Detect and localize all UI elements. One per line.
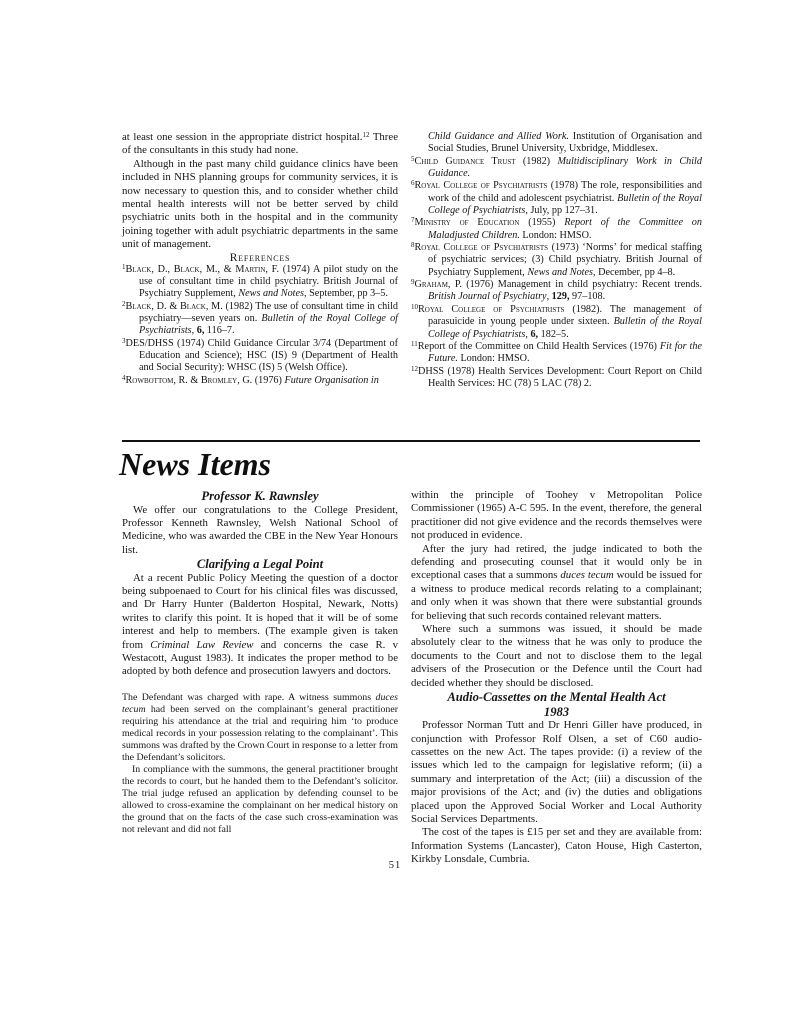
reference-entry: 6Royal College of Psychiatrists (1978) T…: [411, 180, 702, 217]
paragraph: We offer our congratulations to the Coll…: [122, 504, 398, 558]
paragraph: Although in the past many child guidance…: [122, 158, 398, 252]
section-divider-rule: [122, 440, 700, 442]
paragraph: Professor Norman Tutt and Dr Henri Gille…: [411, 719, 702, 826]
reference-entry: 5Child Guidance Trust (1982) Multidiscip…: [411, 156, 702, 181]
references-right-column: Child Guidance and Allied Work. Institut…: [411, 131, 702, 390]
section-subheading: Professor K. Rawnsley: [122, 489, 398, 504]
reference-entry: 8Royal College of Psychiatrists (1973) ‘…: [411, 242, 702, 279]
reference-entry: 9Graham, P. (1976) Management in child p…: [411, 279, 702, 304]
reference-entry: 11Report of the Committee on Child Healt…: [411, 341, 702, 366]
article-left-column: at least one session in the appropriate …: [122, 131, 398, 387]
paragraph: at least one session in the appropriate …: [122, 131, 398, 158]
news-left-column: Professor K. RawnsleyWe offer our congra…: [122, 489, 398, 836]
reference-entry: 1Black, D., Black, M., & Martin, F. (197…: [122, 264, 398, 301]
small-print-paragraph: The Defendant was charged with rape. A w…: [122, 692, 398, 764]
reference-continuation: Child Guidance and Allied Work. Institut…: [411, 131, 702, 156]
reference-entry: 10Royal College of Psychiatrists (1982).…: [411, 304, 702, 341]
page-number: 51: [0, 860, 790, 871]
paragraph: At a recent Public Policy Meeting the qu…: [122, 572, 398, 679]
section-subheading: Audio-Cassettes on the Mental Health Act…: [411, 690, 702, 719]
reference-entry: 12DHSS (1978) Health Services Developmen…: [411, 366, 702, 391]
news-items-heading: News Items: [119, 446, 271, 482]
reference-entry: 7Ministry of Education (1955) Report of …: [411, 217, 702, 242]
reference-entry: 2Black, D. & Black, M. (1982) The use of…: [122, 301, 398, 338]
section-subheading: Clarifying a Legal Point: [122, 557, 398, 572]
paragraph: within the principle of Toohey v Metropo…: [411, 489, 702, 543]
reference-entry: 4Rowbottom, R. & Bromley, G. (1976) Futu…: [122, 375, 398, 387]
reference-entry: 3DES/DHSS (1974) Child Guidance Circular…: [122, 338, 398, 375]
paragraph: After the jury had retired, the judge in…: [411, 543, 702, 623]
journal-page: at least one session in the appropriate …: [0, 0, 800, 1035]
small-print-paragraph: In compliance with the summons, the gene…: [122, 764, 398, 836]
paragraph: Where such a summons was issued, it shou…: [411, 623, 702, 690]
references-heading: References: [122, 252, 398, 264]
news-right-column: within the principle of Toohey v Metropo…: [411, 489, 702, 867]
